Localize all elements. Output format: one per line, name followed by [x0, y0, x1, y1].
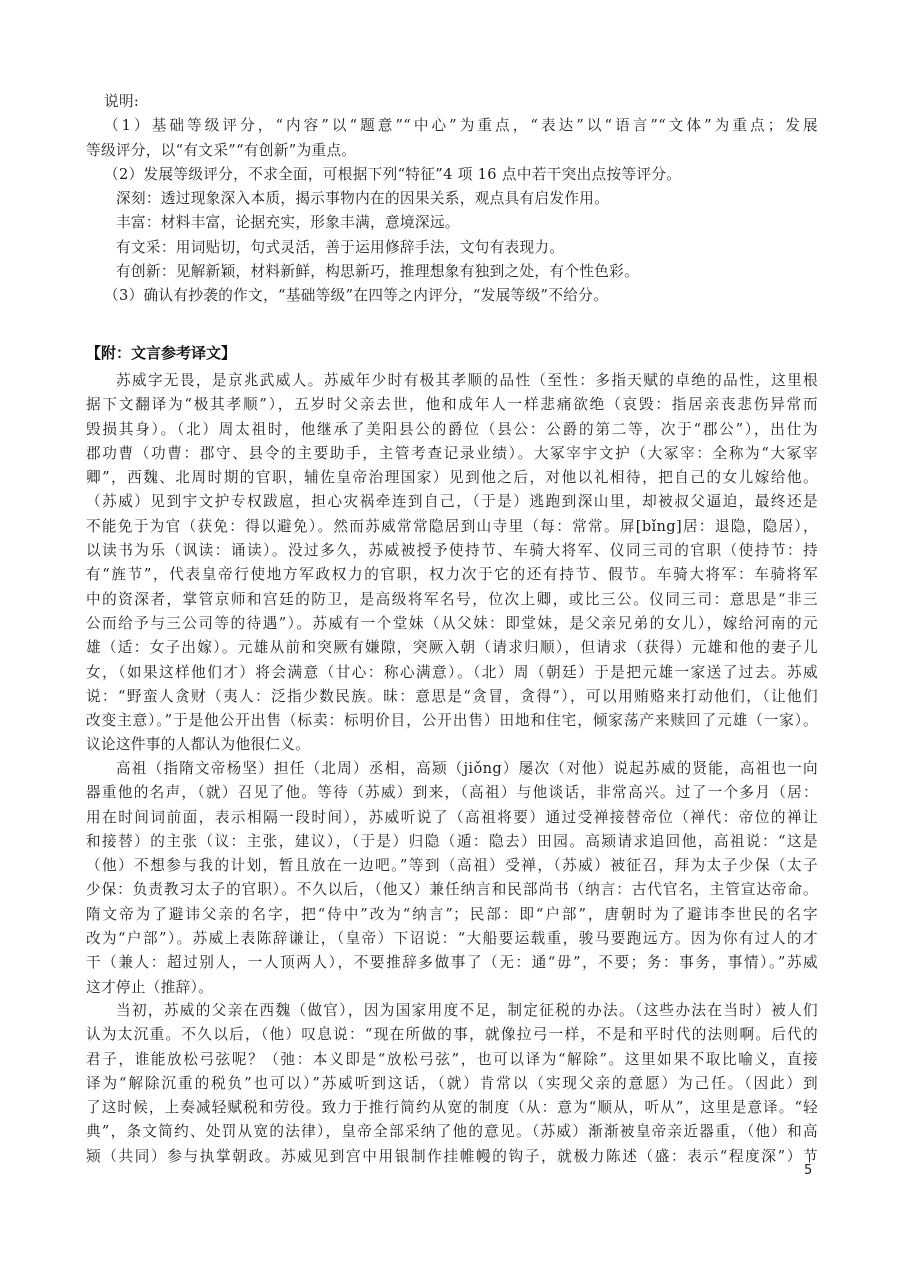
notes-title: 说明:: [86, 90, 818, 114]
text-line: 改为“户部”）。苏威上表陈辞谦让，（皇帝）下诏说：“大船要运载重，骏马要跑远方。…: [86, 927, 818, 951]
text-line: 深刻：透过现象深入本质，揭示事物内在的因果关系，观点具有启发作用。: [86, 187, 818, 211]
text-line: 苏威字无畏，是京兆武威人。苏威年少时有极其孝顺的品性（至性：多指天赋的卓绝的品性…: [86, 369, 818, 393]
text-line: 当初，苏威的父亲在西魏（做官），因为国家用度不足，制定征税的办法。（这些办法在当…: [86, 999, 818, 1023]
text-line: （2）发展等级评分，不求全面，可根据下列“特征”4 项 16 点中若干突出点按等…: [86, 163, 818, 187]
document-page: 说明: （1）基础等级评分，“内容”以“题意”“中心”为重点，“表达”以“语言”…: [0, 0, 900, 1272]
text-line: 丰富：材料丰富，论据充实，形象丰满，意境深远。: [86, 211, 818, 235]
text-line: （3）确认有抄袭的作文，“基础等级”在四等之内评分，“发展等级”不给分。: [86, 284, 818, 308]
text-line: （苏威）见到宇文护专权跋扈，担心灾祸牵连到自己，（于是）逃跑到深山里，却被叔父逼…: [86, 490, 818, 514]
text-line: 据下文翻译为“极其孝顺”），五岁时父亲去世，他和成年人一样悲痛欲绝（哀毁：指居亲…: [86, 393, 818, 417]
text-line: 有文采：用词贴切，句式灵活，善于运用修辞手法，文句有表现力。: [86, 236, 818, 260]
text-line: 女，（如果这样他们才）将会满意（甘心：称心满意）。（北）周（朝廷）于是把元雄一家…: [86, 661, 818, 685]
text-line: 颎（共同）参与执掌朝政。苏威见到宫中用银制作挂帷幔的钩子，就极力陈述（盛：表示“…: [86, 1145, 818, 1169]
translation-paragraph-3: 当初，苏威的父亲在西魏（做官），因为国家用度不足，制定征税的办法。（这些办法在当…: [86, 999, 818, 1169]
text-line: 中的资深者，掌管京师和宫廷的防卫，是高级将军名号，位次上卿，或比三公。仪同三司：…: [86, 588, 818, 612]
text-line: 器重他的名声，（就）召见了他。等待（苏威）到来，（高祖）与他谈话，非常高兴。过了…: [86, 781, 818, 805]
text-line: 不能免于为官（获免：得以避免）。然而苏威常常隐居到山寺里（每：常常。屏[bǐng…: [86, 515, 818, 539]
text-line: 典”，条文简约、处罚从宽的法律），皇帝全部采纳了他的意见。（苏威）渐渐被皇帝亲近…: [86, 1120, 818, 1144]
text-line: （1）基础等级评分，“内容”以“题意”“中心”为重点，“表达”以“语言”“文体”…: [86, 114, 818, 138]
translation-paragraph-1: 苏威字无畏，是京兆武威人。苏威年少时有极其孝顺的品性（至性：多指天赋的卓绝的品性…: [86, 369, 818, 758]
text-line: 高祖（指隋文帝杨坚）担任（北周）丞相，高颎（jiǒng）屡次（对他）说起苏威的贤…: [86, 757, 818, 781]
text-line: 改变主意）。”于是他公开出售（标卖：标明价目，公开出售）田地和住宅，倾家荡产来赎…: [86, 709, 818, 733]
text-line: 公而给予与三公司等的待遇”）。苏威有一个堂妹（从父妹：即堂妹，是父亲兄弟的女儿）…: [86, 612, 818, 636]
notes-lines: （1）基础等级评分，“内容”以“题意”“中心”为重点，“表达”以“语言”“文体”…: [86, 114, 818, 308]
text-line: 等级评分，以“有文采”“有创新”为重点。: [86, 139, 818, 163]
text-line: 了这时候，上奏减轻赋税和劳役。致力于推行简约从宽的制度（从：意为“顺从，听从”，…: [86, 1096, 818, 1120]
scoring-notes: 说明: （1）基础等级评分，“内容”以“题意”“中心”为重点，“表达”以“语言”…: [86, 90, 818, 309]
text-line: 雄（适：女子出嫁）。元雄从前和突厥有嫌隙，突厥入朝（请求归顺），但请求（获得）元…: [86, 636, 818, 660]
text-line: （他）不想参与我的计划，暂且放在一边吧。”等到（高祖）受禅，（苏威）被征召，拜为…: [86, 854, 818, 878]
text-line: 译为“解除沉重的税负”也可以）”苏威听到这话，（就）肯常以（实现父亲的意愿）为己…: [86, 1072, 818, 1096]
text-line: 君子，谁能放松弓弦呢？（弛：本义即是“放松弓弦”，也可以译为“解除”。这里如果不…: [86, 1048, 818, 1072]
text-line: 郡功曹（功曹：郡守、县令的主要助手，主管考查记录业绩）。大冢宰宇文护（大冢宰：全…: [86, 442, 818, 466]
text-line: 干（兼人：超过别人，一人顶两人），不要推辞多做事了（无：通“毋”，不要；务：事务…: [86, 951, 818, 975]
translation-paragraph-2: 高祖（指隋文帝杨坚）担任（北周）丞相，高颎（jiǒng）屡次（对他）说起苏威的贤…: [86, 757, 818, 1000]
text-line: 有“旌节”，代表皇帝行使地方军政权力的官职，权力次于它的还有持节、假节。车骑大将…: [86, 563, 818, 587]
text-line: 少保：负责教习太子的官职）。不久以后，（他又）兼任纳言和民部尚书（纳言：古代官名…: [86, 878, 818, 902]
text-line: 认为太沉重。不久以后，（他）叹息说：“现在所做的事，就像拉弓一样，不是和平时代的…: [86, 1023, 818, 1047]
text-line: 有创新：见解新颖，材料新鲜，构思新巧，推理想象有独到之处，有个性色彩。: [86, 260, 818, 284]
text-line: 议论这件事的人都认为他很仁义。: [86, 733, 818, 757]
text-line: 卿”，西魏、北周时期的官职，辅佐皇帝治理国家）见到他之后，对他以礼相待，把自己的…: [86, 466, 818, 490]
text-line: 和接替）的主张（议：主张，建议），（于是）归隐（遁：隐去）田园。高颎请求追回他，…: [86, 830, 818, 854]
appendix-heading: 【附：文言参考译文】: [86, 343, 236, 363]
page-number: 5: [804, 1163, 812, 1178]
text-line: 以读书为乐（讽读：诵读）。没过多久，苏威被授予使持节、车骑大将军、仪同三司的官职…: [86, 539, 818, 563]
text-line: 这才停止（推辞）。: [86, 976, 818, 1000]
text-line: 隋文帝为了避讳父亲的名字，把“侍中”改为“纳言”；民部：即“户部”，唐朝时为了避…: [86, 903, 818, 927]
text-line: 说：“野蛮人贪财（夷人：泛指少数民族。昧：意思是“贪冒，贪得”），可以用贿赂来打…: [86, 685, 818, 709]
text-line: 用在时间词前面，表示相隔一段时间），苏威听说了（高祖将要）通过受禅接替帝位（禅代…: [86, 806, 818, 830]
text-line: 毁损其身）。（北）周太祖时，他继承了美阳县公的爵位（县公：公爵的第二等，次于“郡…: [86, 418, 818, 442]
